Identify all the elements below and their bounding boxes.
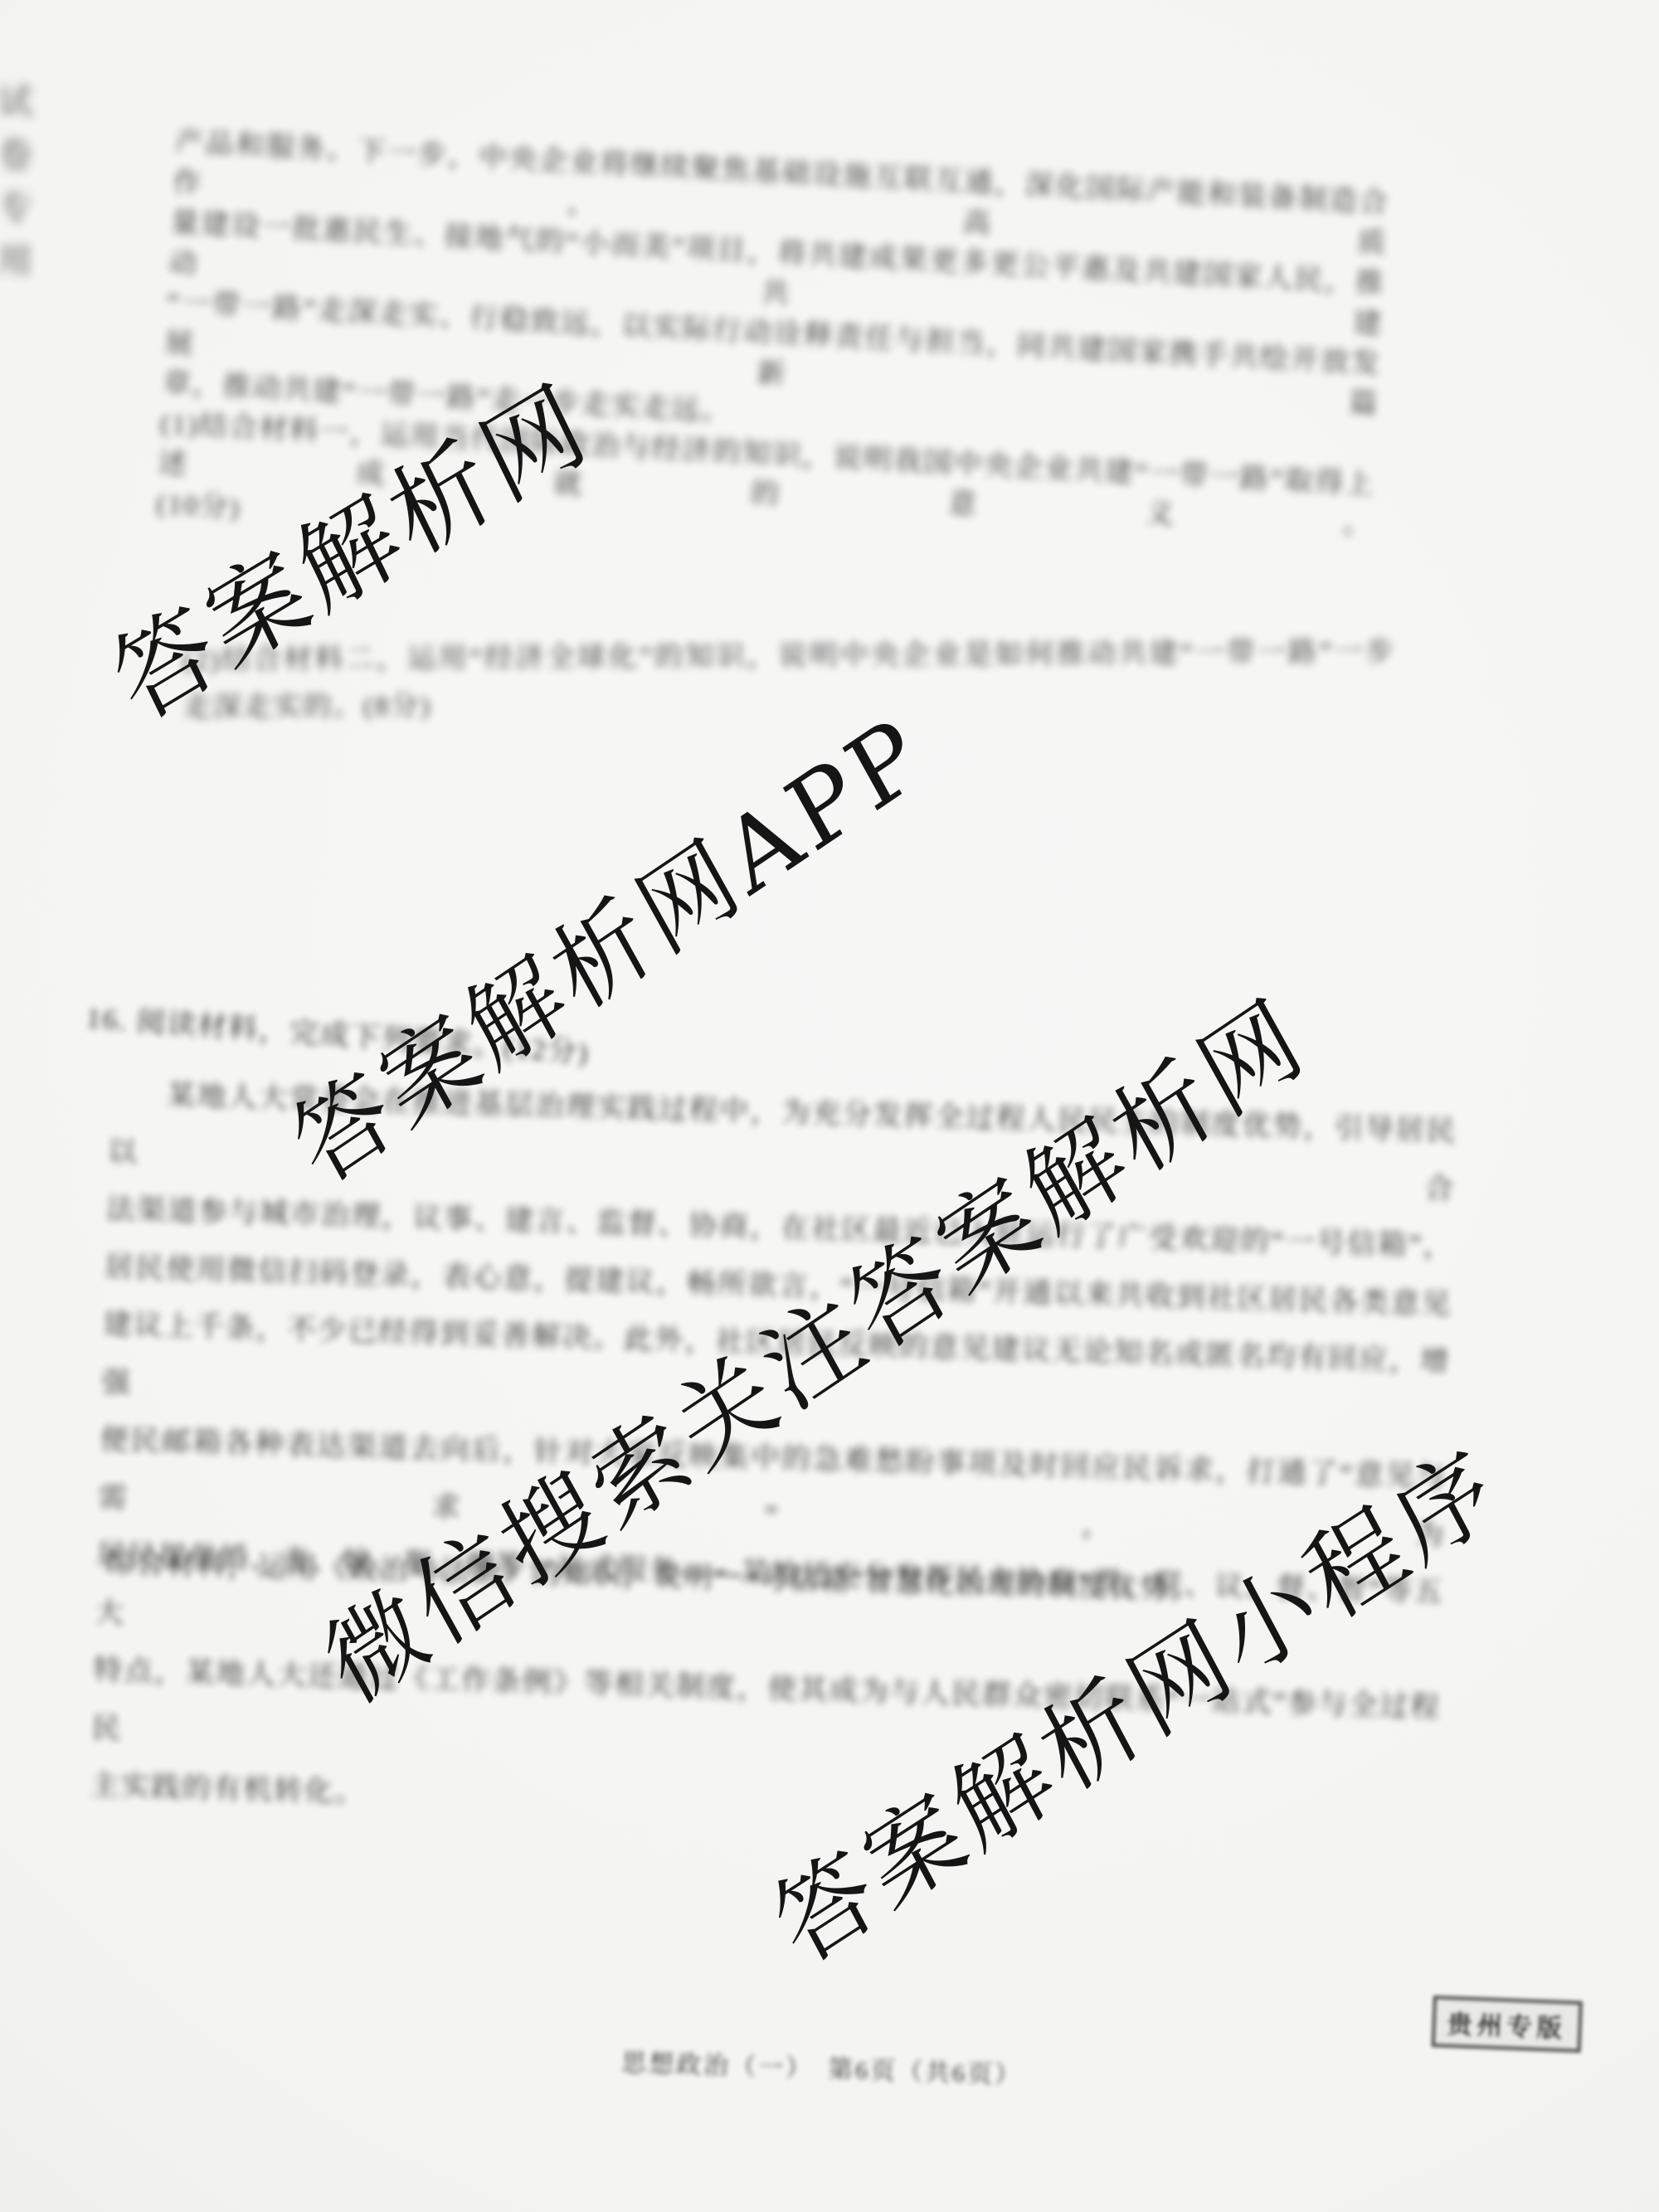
question15-sub2-line1: (2)结合材料二，运用“经济全球化”的知识，说明中央企业是如何推动共建“一带一路… (182, 629, 1395, 684)
exam-page-photo: 试卷专用 产品和服务。下一步，中央企业将继续聚焦基础设施互联互通，深化国际产能和… (0, 0, 1659, 2212)
question15-sub2-block: (2)结合材料二，运用“经济全球化”的知识，说明中央企业是如何推动共建“一带一路… (182, 629, 1396, 732)
question16-paragraph: 某地人大常委会在推进基层治理实践过程中，为充分发挥全过程人民民主的制度优势，引导… (90, 1066, 1458, 1853)
edition-label-box: 贵州专版 (1432, 1996, 1583, 2053)
question15-sub2-line2: 走深走实的。(8分) (182, 676, 1395, 732)
page-footer: 思想政治（一） 第6页（共6页） (621, 2042, 1023, 2091)
edge-cutoff-text: 试卷专用 (0, 83, 36, 295)
